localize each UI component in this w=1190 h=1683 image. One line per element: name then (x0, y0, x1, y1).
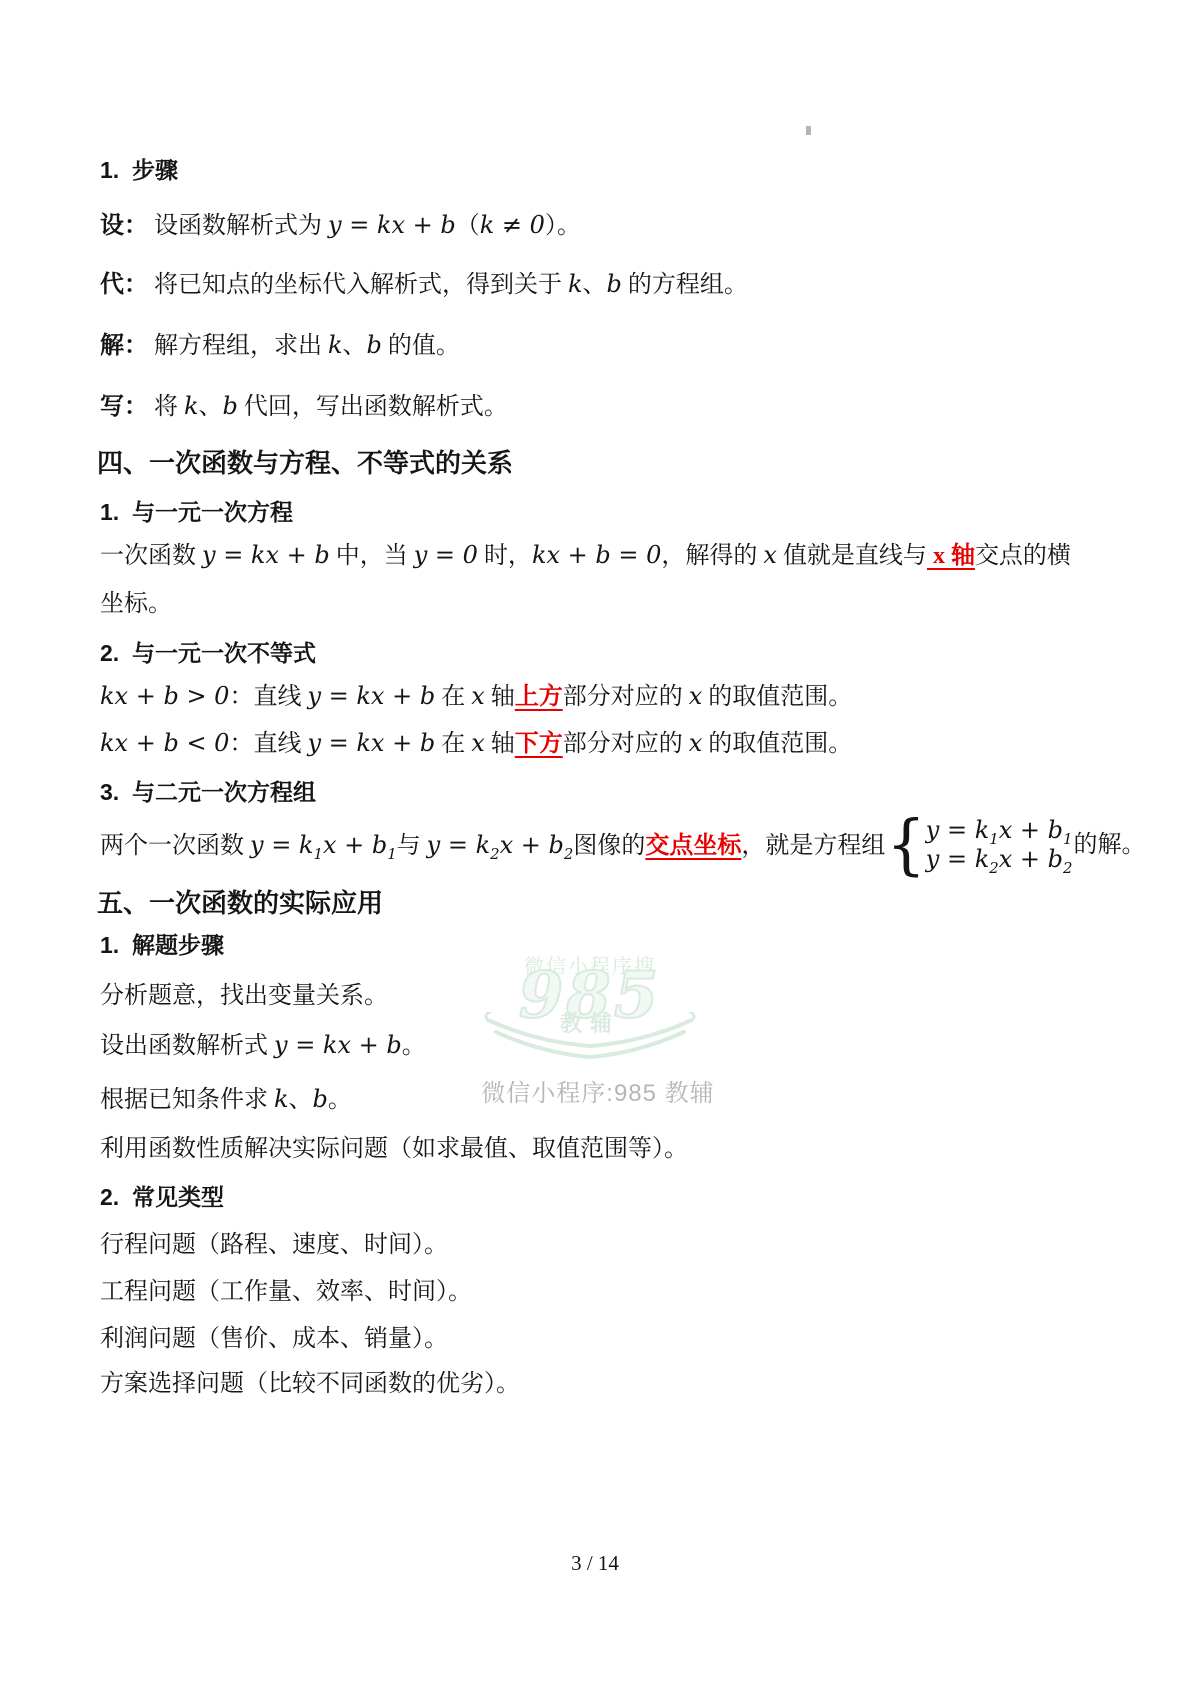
paragraph-profit-problem: 利润问题（售价、成本、销量）。 (100, 1324, 448, 1354)
page-number: 3 / 14 (0, 1551, 1190, 1576)
paragraph-travel-problem: 行程问题（路程、速度、时间）。 (100, 1230, 448, 1260)
step-line-jie: 解： 解方程组，求出 k、b 的值。 (100, 330, 460, 361)
open-book-icon (484, 1012, 696, 1064)
watermark-bottom-text: 微信小程序:985 教辅 (448, 1073, 748, 1108)
system-equation-1: y = k1x + b1 (926, 816, 1073, 845)
subheading-4-1: 1. 与一元一次方程 (100, 497, 293, 527)
paragraph-set-function: 设出函数解析式 y = kx + b。 (100, 1030, 426, 1061)
subheading-4-3: 3. 与二元一次方程组 (100, 777, 316, 807)
tiny-artifact-mark (806, 126, 811, 135)
paragraph-find-kb: 根据已知条件求 k、b。 (100, 1084, 352, 1115)
paragraph-analyze: 分析题意，找出变量关系。 (100, 981, 388, 1011)
subheading-4-2: 2. 与一元一次不等式 (100, 638, 316, 668)
subheading-5-2: 2. 常见类型 (100, 1182, 224, 1212)
subheading-steps: 1. 步骤 (100, 155, 178, 185)
system-paragraph-tail: 的解。 (1073, 830, 1145, 860)
paragraph-4-1-line1: 一次函数 y = kx + b 中，当 y = 0 时，kx + b = 0，解… (100, 540, 1071, 571)
paragraph-kxb-negative: kx + b < 0：直线 y = kx + b 在 x 轴下方部分对应的 x … (100, 728, 852, 759)
step-line-dai: 代： 将已知点的坐标代入解析式，得到关于 k、b 的方程组。 (100, 269, 748, 300)
document-page: 微信小程序搜 985 教辅 微信小程序:985 教辅 1. 步骤 设： 设函数解… (0, 0, 1190, 1683)
step-line-xie: 写： 将 k、b 代回，写出函数解析式。 (100, 391, 508, 422)
equation-system: { y = k1x + b1 y = k2x + b2 (886, 814, 1072, 876)
paragraph-plan-problem: 方案选择问题（比较不同函数的优劣）。 (100, 1369, 520, 1399)
left-brace-icon: { (886, 812, 925, 877)
paragraph-kxb-positive: kx + b > 0：直线 y = kx + b 在 x 轴上方部分对应的 x … (100, 681, 852, 712)
step-line-she: 设： 设函数解析式为 y = kx + b（k ≠ 0）。 (100, 210, 581, 241)
paragraph-use-properties: 利用函数性质解决实际问题（如求最值、取值范围等）。 (100, 1134, 688, 1164)
paragraph-work-problem: 工程问题（工作量、效率、时间）。 (100, 1277, 472, 1307)
section-heading-4: 四、一次函数与方程、不等式的关系 (97, 448, 513, 478)
section-heading-5: 五、一次函数的实际应用 (97, 888, 383, 918)
paragraph-4-1-line2: 坐标。 (100, 589, 172, 619)
system-paragraph-lead: 两个一次函数 y = k1x + b1与 y = k2x + b2图像的交点坐标… (100, 830, 885, 861)
subheading-5-1: 1. 解题步骤 (100, 930, 224, 960)
system-equation-2: y = k2x + b2 (926, 845, 1073, 874)
paragraph-system-solution: 两个一次函数 y = k1x + b1与 y = k2x + b2图像的交点坐标… (100, 814, 1145, 876)
